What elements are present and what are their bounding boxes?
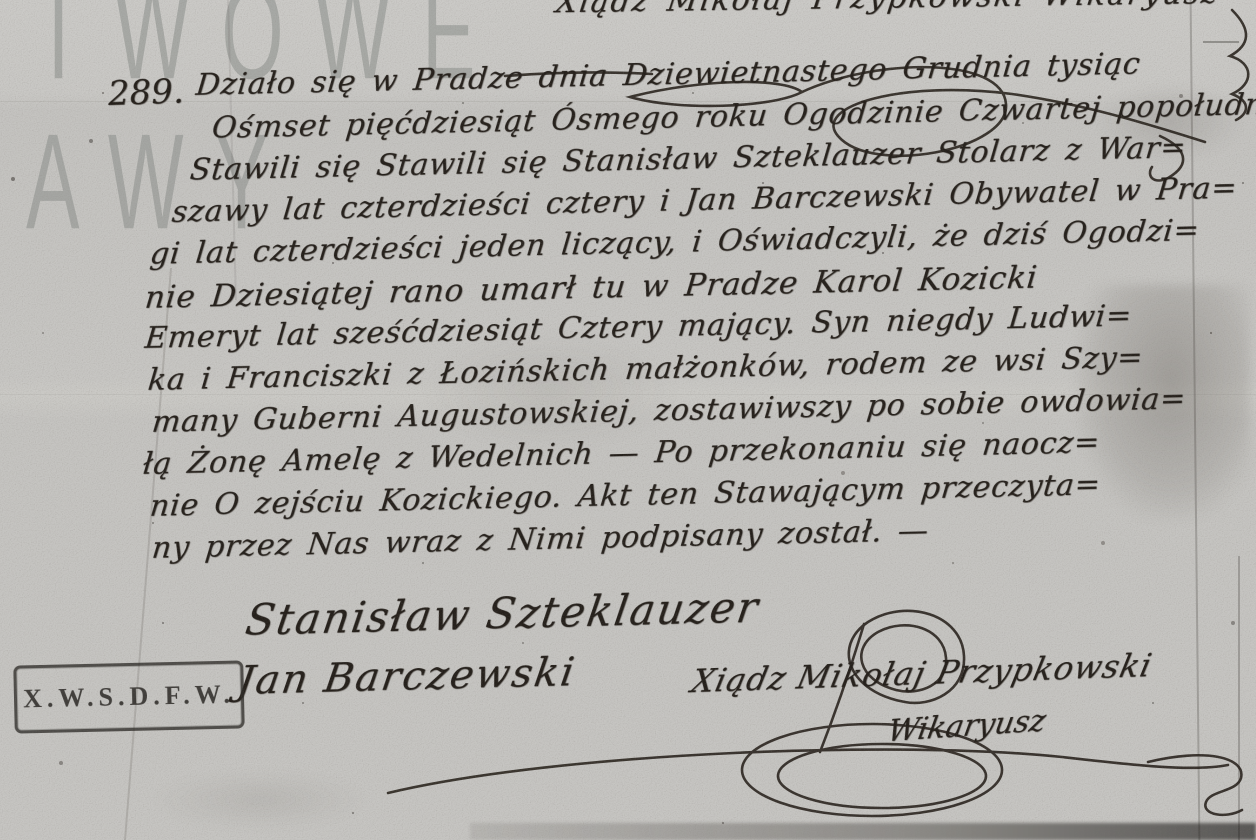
scanned-death-record-page: TWOWE AWY Xiądz Mikołaj Przypkowski Wika… [0, 0, 1256, 840]
paper-grain-texture [0, 0, 1256, 840]
